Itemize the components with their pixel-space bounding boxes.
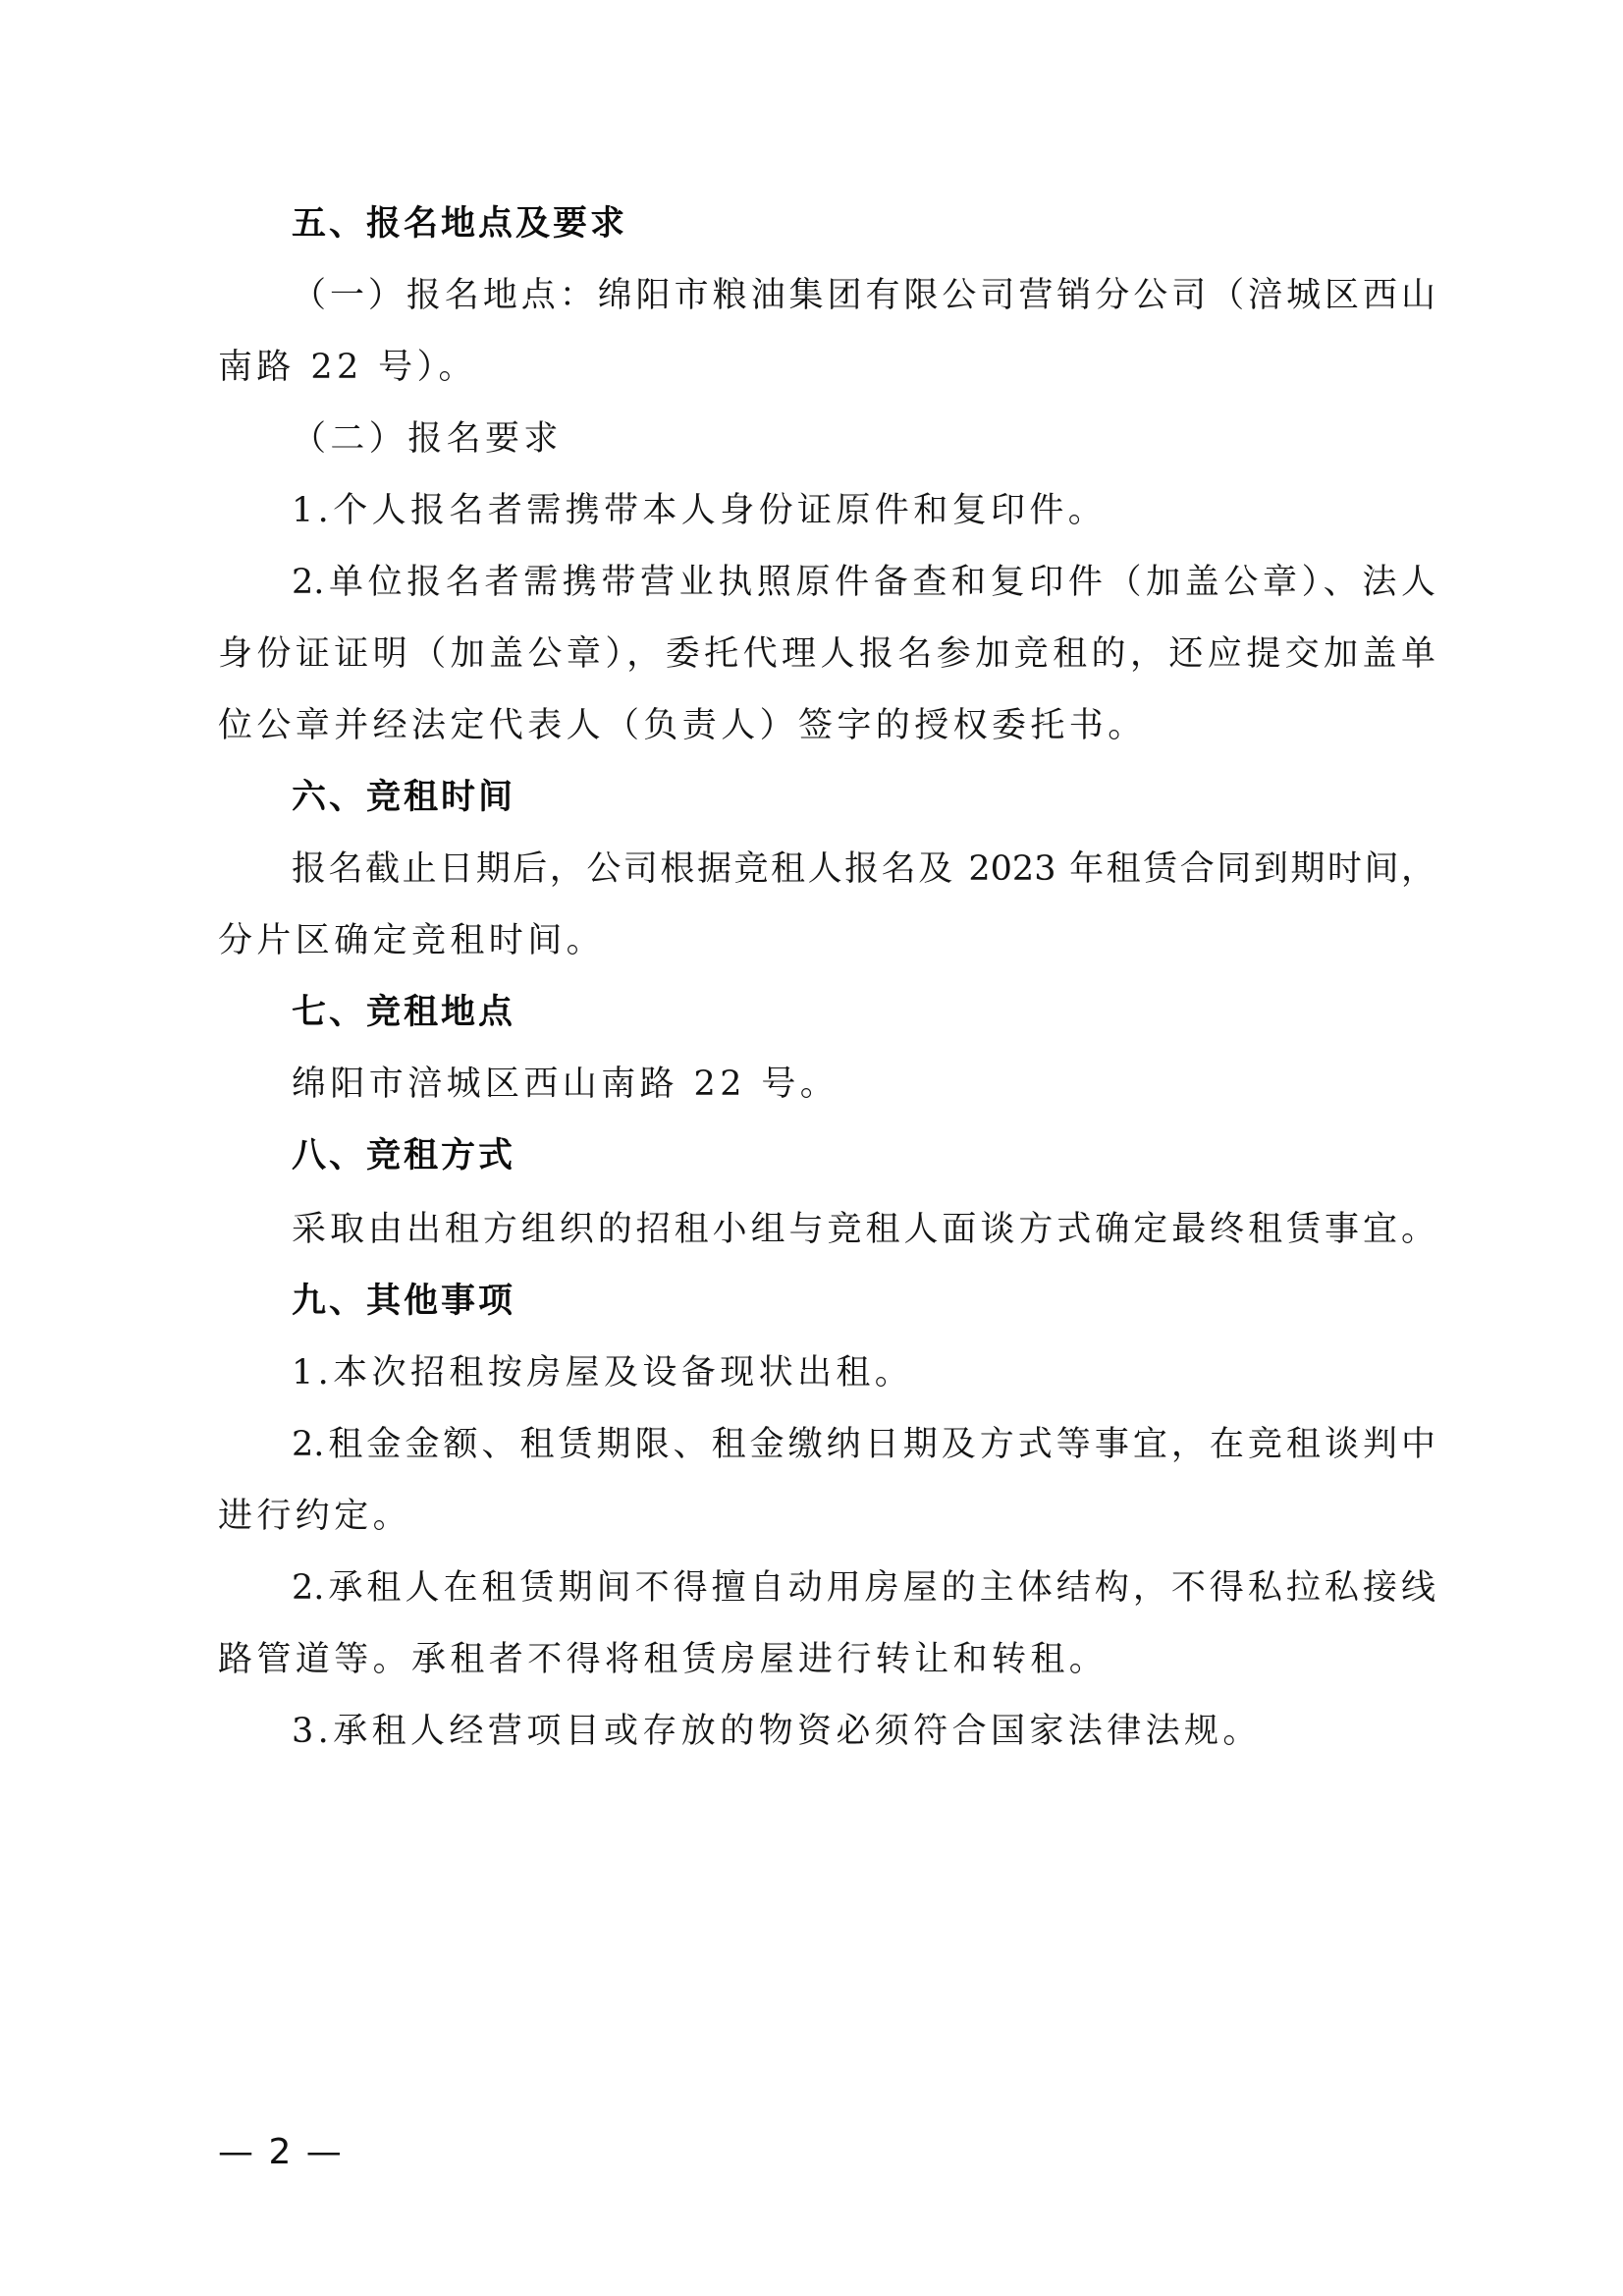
section-heading-other-matters: 九、其他事项 — [292, 1280, 1509, 1323]
section-heading-bidding-method: 八、竞租方式 — [292, 1134, 1509, 1177]
paragraph-bidding-time: 报名截止日期后，公司根据竞租人报名及 2023 年租赁合同到期时间， — [292, 847, 1435, 891]
paragraph-entity-requirement-cont2: 位公章并经法定代表人（负责人）签字的授权委托书。 — [218, 704, 1435, 747]
paragraph-individual-requirement: 1.个人报名者需携带本人身份证原件和复印件。 — [292, 489, 1509, 532]
section-heading-bidding-time: 六、竞租时间 — [292, 776, 1509, 819]
page-number: — 2 — — [218, 2131, 344, 2174]
paragraph-bidding-location: 绵阳市涪城区西山南路 22 号。 — [292, 1063, 1509, 1106]
paragraph-entity-requirement: 2.单位报名者需携带营业执照原件备查和复印件（加盖公章）、法人 — [292, 561, 1435, 604]
paragraph-other-item-2b: 2.承租人在租赁期间不得擅自动用房屋的主体结构，不得私拉私接线 — [292, 1566, 1435, 1610]
paragraph-other-item-2b-cont: 路管道等。承租者不得将租赁房屋进行转让和转租。 — [218, 1638, 1435, 1681]
paragraph-registration-location: （一）报名地点：绵阳市粮油集团有限公司营销分公司（涪城区西山 — [292, 274, 1435, 317]
paragraph-other-item-1: 1.本次招租按房屋及设备现状出租。 — [292, 1351, 1509, 1394]
paragraph-other-item-3: 3.承租人经营项目或存放的物资必须符合国家法律法规。 — [292, 1710, 1509, 1753]
paragraph-bidding-time-cont: 分片区确定竞租时间。 — [218, 919, 1435, 962]
paragraph-other-item-2: 2.租金金额、租赁期限、租金缴纳日期及方式等事宜，在竞租谈判中 — [292, 1423, 1435, 1466]
paragraph-entity-requirement-cont: 身份证证明（加盖公章），委托代理人报名参加竞租的，还应提交加盖单 — [218, 632, 1435, 676]
subheading-registration-requirements: （二）报名要求 — [292, 417, 1509, 461]
section-heading-bidding-location: 七、竞租地点 — [292, 991, 1509, 1034]
paragraph-bidding-method: 采取由出租方组织的招租小组与竞租人面谈方式确定最终租赁事宜。 — [292, 1208, 1435, 1251]
section-heading-registration: 五、报名地点及要求 — [292, 202, 1509, 246]
paragraph-registration-location-cont: 南路 22 号）。 — [218, 346, 1435, 389]
paragraph-other-item-2-cont: 进行约定。 — [218, 1495, 1435, 1538]
document-page: 五、报名地点及要求 （一）报名地点：绵阳市粮油集团有限公司营销分公司（涪城区西山… — [0, 0, 1623, 2296]
